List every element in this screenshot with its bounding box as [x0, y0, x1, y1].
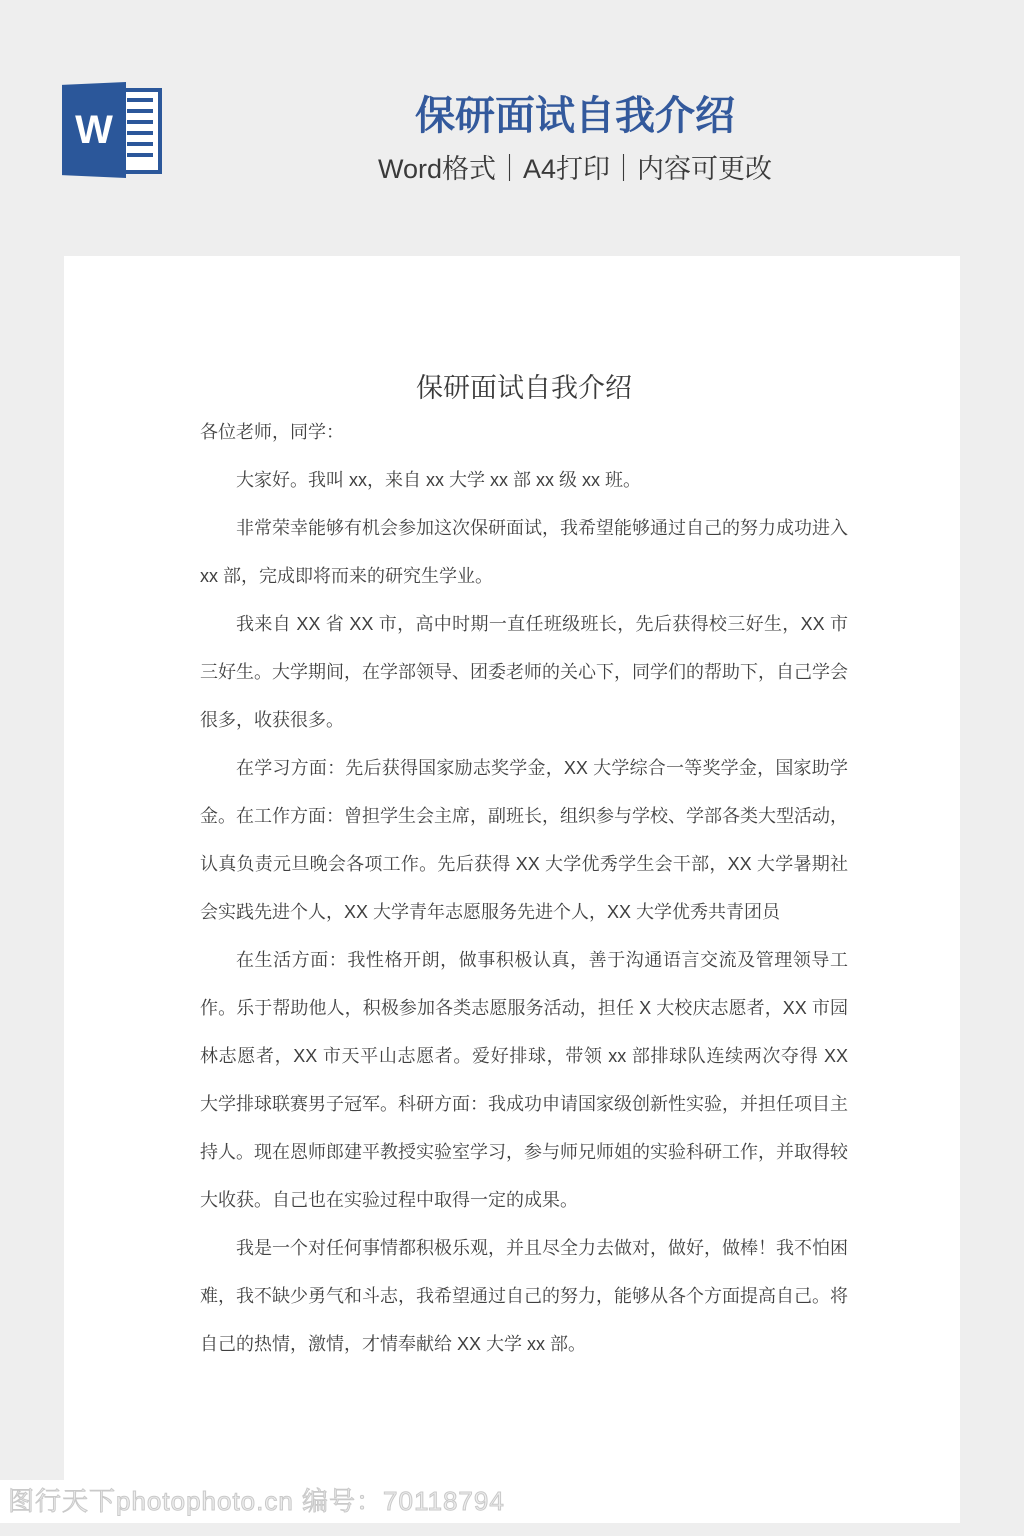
- footer-strip: 图行天下photophoto.cn 编号：70118794: [0, 1480, 960, 1523]
- word-icon-letter: W: [62, 106, 126, 154]
- paragraph: 各位老师，同学：: [200, 408, 848, 456]
- document-title: 保研面试自我介绍: [200, 368, 848, 408]
- header-title: 保研面试自我介绍: [170, 92, 980, 140]
- paragraph: 我是一个对任何事情都积极乐观，并且尽全力去做对，做好，做棒！我不怕困难，我不缺少…: [200, 1224, 848, 1368]
- header-subtitle: Word格式｜A4打印｜内容可更改: [170, 150, 980, 188]
- header: W 保研面试自我介绍 Word格式｜A4打印｜内容可更改: [0, 0, 1024, 256]
- word-file-icon: W: [62, 82, 162, 178]
- paragraph: 在学习方面：先后获得国家励志奖学金，XX 大学综合一等奖学金，国家助学金。在工作…: [200, 744, 848, 936]
- document-body: 各位老师，同学：大家好。我叫 xx，来自 xx 大学 xx 部 xx 级 xx …: [200, 408, 848, 1368]
- paragraph: 我来自 XX 省 XX 市，高中时期一直任班级班长，先后获得校三好生，XX 市三…: [200, 600, 848, 744]
- watermark-text: 图行天下photophoto.cn 编号：70118794: [8, 1480, 505, 1523]
- paragraph: 大家好。我叫 xx，来自 xx 大学 xx 部 xx 级 xx 班。: [200, 456, 848, 504]
- paragraph: 在生活方面：我性格开朗，做事积极认真，善于沟通语言交流及管理领导工作。乐于帮助他…: [200, 936, 848, 1224]
- paragraph: 非常荣幸能够有机会参加这次保研面试，我希望能够通过自己的努力成功进入 xx 部，…: [200, 504, 848, 600]
- template-preview-page: W 保研面试自我介绍 Word格式｜A4打印｜内容可更改 保研面试自我介绍 各位…: [0, 0, 1024, 1536]
- word-icon-page-lines: [127, 98, 153, 164]
- document-page: 保研面试自我介绍 各位老师，同学：大家好。我叫 xx，来自 xx 大学 xx 部…: [64, 256, 960, 1523]
